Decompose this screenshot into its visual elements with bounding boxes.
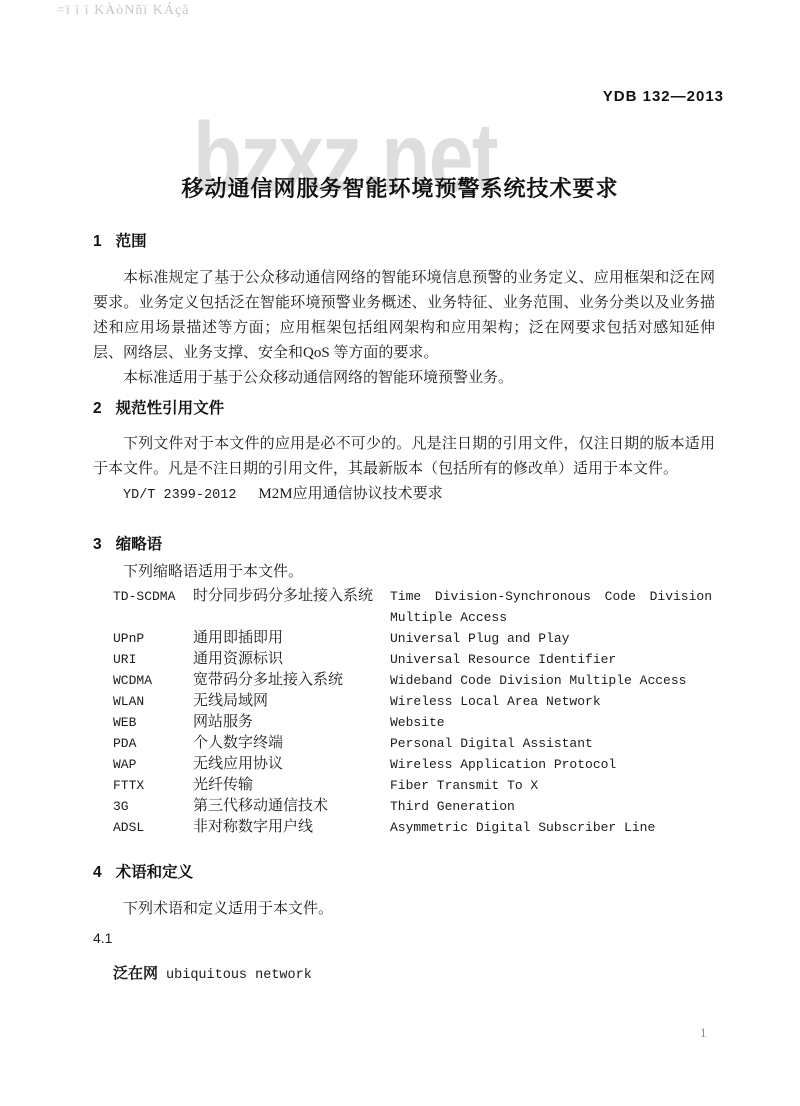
table-row: TD-SCDMA 时分同步码分多址接入系统 Time Division-Sync…	[113, 586, 723, 628]
abbr-chinese: 个人数字终端	[193, 733, 390, 754]
table-row: UPnP 通用即插即用 Universal Plug and Play	[113, 628, 723, 649]
abbr-english: Asymmetric Digital Subscriber Line	[390, 817, 712, 838]
section-3-intro: 下列缩略语适用于本文件。	[93, 560, 715, 585]
abbr-english: Fiber Transmit To X	[390, 775, 712, 796]
abbr-english: Third Generation	[390, 796, 712, 817]
abbr-english: Wideband Code Division Multiple Access	[390, 670, 712, 691]
abbr-chinese: 非对称数字用户线	[193, 817, 390, 838]
top-watermark-text: =ï ï ï KÀòNñï KÁçã	[57, 3, 189, 19]
abbr-chinese: 时分同步码分多址接入系统	[193, 586, 390, 607]
section-4-number: 4	[93, 864, 102, 881]
term-definition: 泛在网ubiquitous network	[113, 962, 312, 983]
section-1-number: 1	[93, 233, 102, 250]
table-row: ADSL 非对称数字用户线 Asymmetric Digital Subscri…	[113, 817, 723, 838]
section-4-intro: 下列术语和定义适用于本文件。	[93, 897, 715, 922]
table-row: WAP 无线应用协议 Wireless Application Protocol	[113, 754, 723, 775]
section-3-title: 缩略语	[116, 536, 163, 553]
abbr-code: FTTX	[113, 775, 193, 796]
abbr-chinese: 无线应用协议	[193, 754, 390, 775]
abbr-english: Wireless Application Protocol	[390, 754, 712, 775]
table-row: FTTX 光纤传输 Fiber Transmit To X	[113, 775, 723, 796]
section-1-paragraph-1: 本标准规定了基于公众移动通信网络的智能环境信息预警的业务定义、应用框架和泛在网要…	[93, 266, 715, 366]
document-title: 移动通信网服务智能环境预警系统技术要求	[0, 172, 800, 203]
section-1-paragraph-2: 本标准适用于基于公众移动通信网络的智能环境预警业务。	[93, 366, 715, 391]
table-row: WEB 网站服务 Website	[113, 712, 723, 733]
section-1-title: 范围	[116, 233, 147, 250]
abbr-english: Universal Resource Identifier	[390, 649, 712, 670]
abbreviation-table: TD-SCDMA 时分同步码分多址接入系统 Time Division-Sync…	[113, 586, 723, 838]
abbr-chinese: 光纤传输	[193, 775, 390, 796]
abbr-code: WEB	[113, 712, 193, 733]
abbr-code: PDA	[113, 733, 193, 754]
table-row: WCDMA 宽带码分多址接入系统 Wideband Code Division …	[113, 670, 723, 691]
abbr-english: Universal Plug and Play	[390, 628, 712, 649]
abbr-code: URI	[113, 649, 193, 670]
abbr-chinese: 无线局域网	[193, 691, 390, 712]
section-1-heading: 1范围	[93, 229, 147, 251]
abbr-chinese: 宽带码分多址接入系统	[193, 670, 390, 691]
abbr-code: ADSL	[113, 817, 193, 838]
term-english: ubiquitous network	[166, 968, 312, 983]
subsection-4-1-number: 4.1	[93, 930, 112, 946]
section-4-title: 术语和定义	[116, 864, 194, 881]
abbr-chinese: 通用资源标识	[193, 649, 390, 670]
table-row: 3G 第三代移动通信技术 Third Generation	[113, 796, 723, 817]
section-2-number: 2	[93, 400, 102, 417]
abbr-code: UPnP	[113, 628, 193, 649]
section-3-heading: 3缩略语	[93, 532, 162, 554]
section-2-body: 下列文件对于本文件的应用是必不可少的。凡是注日期的引用文件，仅注日期的版本适用于…	[93, 432, 715, 508]
document-page: =ï ï ï KÀòNñï KÁçã YDB 132—2013 bzxz.net…	[0, 0, 800, 1106]
abbr-english: Website	[390, 712, 712, 733]
table-row: URI 通用资源标识 Universal Resource Identifier	[113, 649, 723, 670]
abbr-chinese: 第三代移动通信技术	[193, 796, 390, 817]
abbr-english: Time Division-Synchronous Code Division …	[390, 586, 712, 628]
section-4-heading: 4术语和定义	[93, 860, 193, 882]
section-3-number: 3	[93, 536, 102, 553]
page-number: 1	[700, 1025, 707, 1041]
abbr-code: 3G	[113, 796, 193, 817]
reference-title: M2M应用通信协议技术要求	[258, 486, 442, 502]
section-1-body: 本标准规定了基于公众移动通信网络的智能环境信息预警的业务定义、应用框架和泛在网要…	[93, 266, 715, 391]
abbr-code: TD-SCDMA	[113, 586, 193, 607]
abbr-code: WLAN	[113, 691, 193, 712]
standard-code: YDB 132—2013	[603, 88, 724, 105]
abbr-chinese: 通用即插即用	[193, 628, 390, 649]
abbr-english: Personal Digital Assistant	[390, 733, 712, 754]
abbr-english: Wireless Local Area Network	[390, 691, 712, 712]
reference-code: YD/T 2399-2012	[123, 488, 236, 503]
table-row: WLAN 无线局域网 Wireless Local Area Network	[113, 691, 723, 712]
abbr-code: WAP	[113, 754, 193, 775]
normative-reference: YD/T 2399-2012M2M应用通信协议技术要求	[93, 482, 715, 508]
section-2-title: 规范性引用文件	[116, 400, 225, 417]
table-row: PDA 个人数字终端 Personal Digital Assistant	[113, 733, 723, 754]
section-2-heading: 2规范性引用文件	[93, 396, 224, 418]
abbr-code: WCDMA	[113, 670, 193, 691]
term-chinese: 泛在网	[113, 965, 158, 982]
section-2-paragraph-1: 下列文件对于本文件的应用是必不可少的。凡是注日期的引用文件，仅注日期的版本适用于…	[93, 432, 715, 482]
abbr-chinese: 网站服务	[193, 712, 390, 733]
